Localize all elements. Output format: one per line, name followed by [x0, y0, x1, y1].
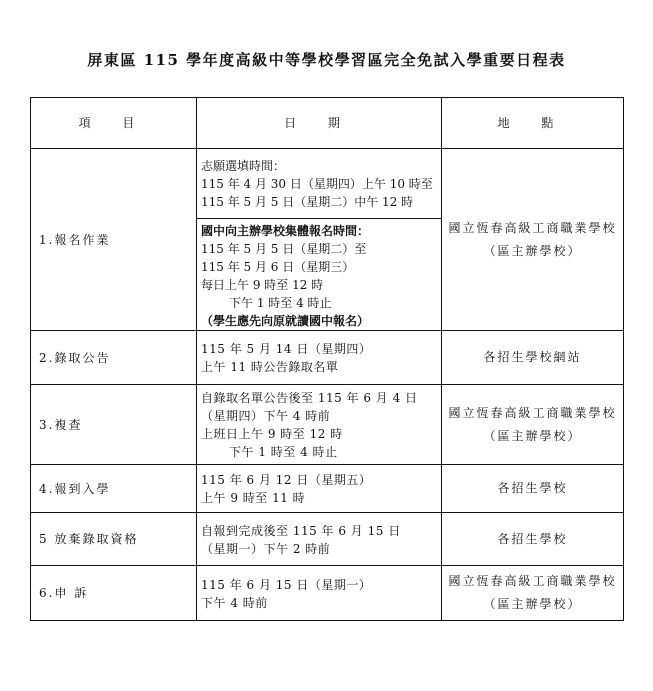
- place-line: 各招生學校網站: [442, 346, 623, 369]
- date-line: （星期一）下午 2 時前: [201, 540, 441, 558]
- place-line: （區主辦學校）: [442, 593, 623, 616]
- date-line: 115 年 6 月 15 日（星期一）: [201, 576, 441, 594]
- date-note: （學生應先向原就讀國中報名）: [201, 312, 441, 330]
- date-cell: 自報到完成後至 115 年 6 月 15 日 （星期一）下午 2 時前: [197, 513, 442, 566]
- place-line: 國立恆春高級工商職業學校: [442, 570, 623, 593]
- date-line: 115 年 5 月 14 日（星期四）: [201, 340, 441, 358]
- date-block-heading: 國中向主辦學校集體報名時間：: [201, 222, 441, 240]
- schedule-table: 項 目 日 期 地 點 1.報名作業 志願選填時間： 115 年 4 月 30 …: [30, 97, 624, 621]
- date-line: 115 年 5 月 5 日（星期二）中午 12 時: [201, 193, 441, 211]
- place-line: （區主辦學校）: [442, 240, 623, 263]
- header-date: 日 期: [197, 98, 442, 149]
- date-line: 115 年 4 月 30 日（星期四）上午 10 時至: [201, 175, 441, 193]
- table-row: 3.複查 自錄取名單公告後至 115 年 6 月 4 日 （星期四）下午 4 時…: [31, 385, 624, 465]
- date-block-selection: 志願選填時間： 115 年 4 月 30 日（星期四）上午 10 時至 115 …: [197, 151, 441, 218]
- item-cell: 1.報名作業: [31, 149, 197, 331]
- date-line: 上午 9 時至 11 時: [201, 489, 441, 507]
- place-line: 各招生學校: [442, 477, 623, 500]
- table-row: 2.錄取公告 115 年 5 月 14 日（星期四） 上午 11 時公告錄取名單…: [31, 331, 624, 385]
- date-line: 自錄取名單公告後至 115 年 6 月 4 日: [201, 389, 441, 407]
- date-line: 115 年 6 月 12 日（星期五）: [201, 471, 441, 489]
- place-cell: 各招生學校: [442, 513, 624, 566]
- date-line: 115 年 5 月 5 日（星期二）至: [201, 240, 441, 258]
- place-cell: 各招生學校: [442, 465, 624, 513]
- date-line: 上午 11 時公告錄取名單: [201, 358, 441, 376]
- table-header-row: 項 目 日 期 地 點: [31, 98, 624, 149]
- place-line: 國立恆春高級工商職業學校: [442, 402, 623, 425]
- item-cell: 2.錄取公告: [31, 331, 197, 385]
- date-line: 下午 1 時至 4 時止: [201, 294, 441, 312]
- item-cell: 6.申 訴: [31, 566, 197, 621]
- place-cell: 國立恆春高級工商職業學校 （區主辦學校）: [442, 566, 624, 621]
- place-line: （區主辦學校）: [442, 425, 623, 448]
- date-cell: 115 年 6 月 12 日（星期五） 上午 9 時至 11 時: [197, 465, 442, 513]
- date-line: 上班日上午 9 時至 12 時: [201, 425, 441, 443]
- date-block-heading: 志願選填時間：: [201, 157, 441, 175]
- date-line: 每日上午 9 時至 12 時: [201, 276, 441, 294]
- table-row: 1.報名作業 志願選填時間： 115 年 4 月 30 日（星期四）上午 10 …: [31, 149, 624, 331]
- place-line: 國立恆春高級工商職業學校: [442, 217, 623, 240]
- header-place: 地 點: [442, 98, 624, 149]
- date-line: （星期四）下午 4 時前: [201, 407, 441, 425]
- date-cell: 自錄取名單公告後至 115 年 6 月 4 日 （星期四）下午 4 時前 上班日…: [197, 385, 442, 465]
- date-cell: 志願選填時間： 115 年 4 月 30 日（星期四）上午 10 時至 115 …: [197, 149, 442, 331]
- date-line: 115 年 5 月 6 日（星期三）: [201, 258, 441, 276]
- table-row: 6.申 訴 115 年 6 月 15 日（星期一） 下午 4 時前 國立恆春高級…: [31, 566, 624, 621]
- date-block-registration: 國中向主辦學校集體報名時間： 115 年 5 月 5 日（星期二）至 115 年…: [197, 218, 441, 328]
- date-line: 自報到完成後至 115 年 6 月 15 日: [201, 522, 441, 540]
- date-cell: 115 年 6 月 15 日（星期一） 下午 4 時前: [197, 566, 442, 621]
- header-item: 項 目: [31, 98, 197, 149]
- date-line: 下午 4 時前: [201, 594, 441, 612]
- place-line: 各招生學校: [442, 528, 623, 551]
- table-row: 4.報到入學 115 年 6 月 12 日（星期五） 上午 9 時至 11 時 …: [31, 465, 624, 513]
- place-cell: 國立恆春高級工商職業學校 （區主辦學校）: [442, 149, 624, 331]
- date-line: 下午 1 時至 4 時止: [201, 443, 441, 461]
- place-cell: 各招生學校網站: [442, 331, 624, 385]
- table-row: 5 放棄錄取資格 自報到完成後至 115 年 6 月 15 日 （星期一）下午 …: [31, 513, 624, 566]
- date-cell: 115 年 5 月 14 日（星期四） 上午 11 時公告錄取名單: [197, 331, 442, 385]
- place-cell: 國立恆春高級工商職業學校 （區主辦學校）: [442, 385, 624, 465]
- item-cell: 4.報到入學: [31, 465, 197, 513]
- item-cell: 5 放棄錄取資格: [31, 513, 197, 566]
- document-title: 屏東區 115 學年度高級中等學校學習區完全免試入學重要日程表: [0, 49, 653, 70]
- item-cell: 3.複查: [31, 385, 197, 465]
